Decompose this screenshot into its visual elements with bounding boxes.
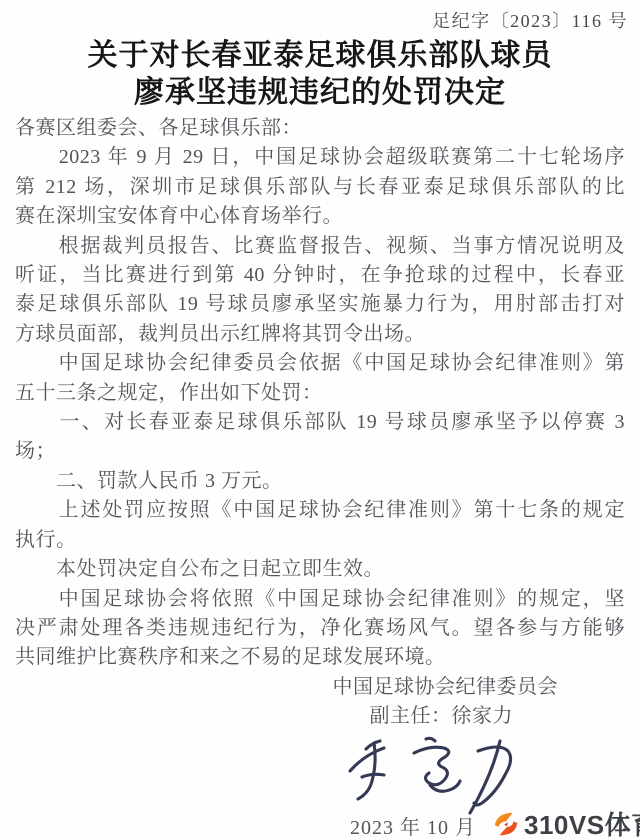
logo-text: 310VS体育 [524, 805, 640, 839]
closing-signer-title: 副主任：徐家力 [15, 702, 625, 731]
body-line: 各赛区组委会、各足球俱乐部： [15, 114, 625, 143]
watermark-logo: 310VS体育 [491, 805, 640, 839]
lightning-s-icon [491, 809, 521, 839]
body-line: 执行。 [15, 526, 625, 555]
body-line: 上述处罚应按照《中国足球协会纪律准则》第十七条的规定 [15, 496, 625, 525]
document-title-line-2: 廖承坚违规违纪的处罚决定 [0, 74, 640, 111]
body-line: 中国足球协会将依照《中国足球协会纪律准则》的规定，坚 [15, 585, 625, 614]
document-date: 2023 年 10 月 [350, 811, 476, 839]
document-title-line-1: 关于对长春亚泰足球俱乐部队球员 [0, 37, 640, 74]
body-line: 一、对长春亚泰足球俱乐部队 19 号球员廖承坚予以停赛 3 [15, 408, 625, 437]
body-line: 方球员面部，裁判员出示红牌将其罚令出场。 [15, 320, 625, 349]
closing-org: 中国足球协会纪律委员会 [15, 673, 625, 702]
body-line: 2023 年 9 月 29 日，中国足球协会超级联赛第二十七轮场序 [15, 143, 625, 172]
body-line: 共同维护比赛秩序和来之不易的足球发展环境。 [15, 643, 625, 672]
document-body: 各赛区组委会、各足球俱乐部： 2023 年 9 月 29 日，中国足球协会超级联… [15, 114, 625, 732]
doc-number: 足纪字〔2023〕116 号 [432, 7, 628, 33]
body-line: 根据裁判员报告、比赛监督报告、视频、当事方情况说明及 [15, 232, 625, 261]
body-line: 二、罚款人民币 3 万元。 [15, 467, 625, 496]
body-line: 决严肃处理各类违规违纪行为，净化赛场风气。望各参与方能够 [15, 614, 625, 643]
body-line: 听证，当比赛进行到第 40 分钟时，在争抢球的过程中，长春亚 [15, 261, 625, 290]
body-line: 本处罚决定自公布之日起立即生效。 [15, 555, 625, 584]
document-title: 关于对长春亚泰足球俱乐部队球员 廖承坚违规违纪的处罚决定 [0, 37, 640, 111]
body-line: 第 212 场，深圳市足球俱乐部队与长春亚泰足球俱乐部队的比 [15, 173, 625, 202]
body-line: 中国足球协会纪律委员会依据《中国足球协会纪律准则》第 [15, 349, 625, 378]
body-line: 泰足球俱乐部队 19 号球员廖承坚实施暴力行为，用肘部击打对 [15, 290, 625, 319]
body-line: 场； [15, 437, 625, 466]
body-line: 赛在深圳宝安体育中心体育场举行。 [15, 202, 625, 231]
body-lines: 各赛区组委会、各足球俱乐部： 2023 年 9 月 29 日，中国足球协会超级联… [15, 114, 625, 673]
document-page: 足纪字〔2023〕116 号 关于对长春亚泰足球俱乐部队球员 廖承坚违规违纪的处… [0, 0, 640, 839]
body-line: 五十三条之规定，作出如下处罚： [15, 379, 625, 408]
